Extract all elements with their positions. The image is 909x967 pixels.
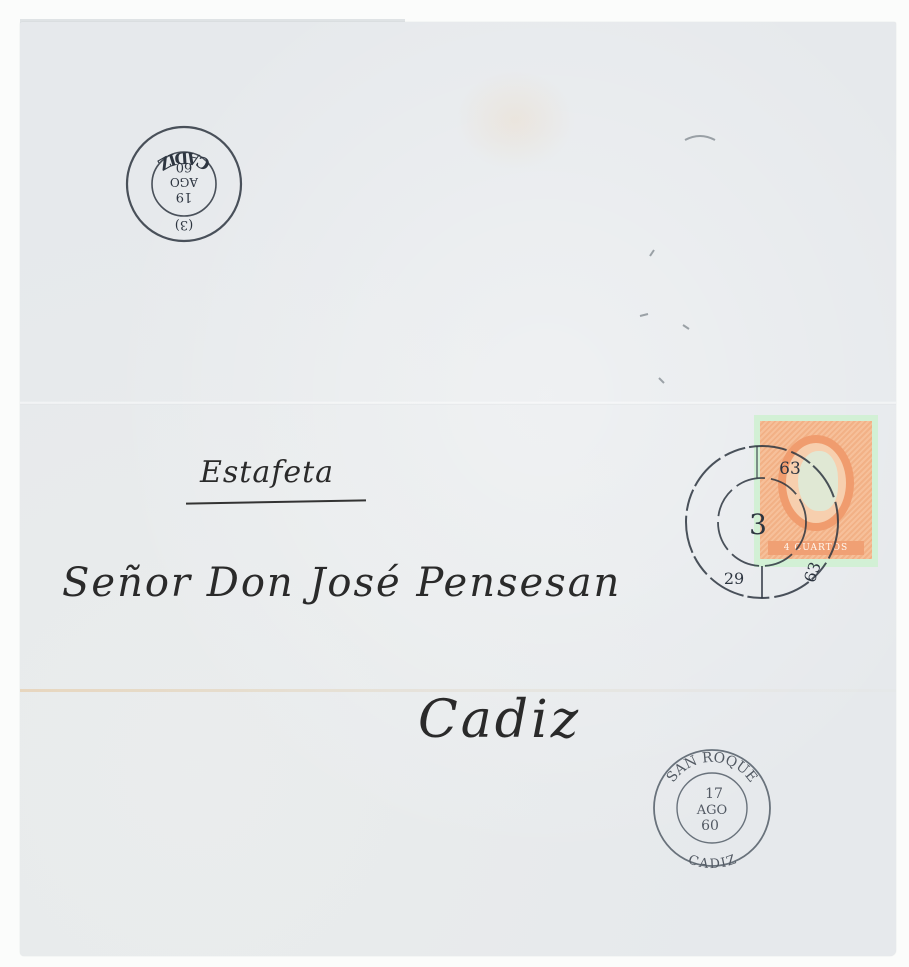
cancel-center-mark: 3 <box>749 508 767 541</box>
handwritten-city: Cadiz <box>418 690 581 750</box>
cancel-number-top: 63 <box>779 459 801 479</box>
faint-ink-marks <box>640 136 715 383</box>
handwritten-route: Estafeta <box>200 455 334 490</box>
cancel-layer: 63 29 63 3 <box>0 0 909 967</box>
postmark-cancel: 63 29 63 3 <box>686 446 838 598</box>
cancel-number-right: 63 <box>800 559 825 585</box>
handwritten-addressee: Señor Don José Pensesan <box>62 560 621 606</box>
cancel-number-bottom: 29 <box>724 569 744 588</box>
